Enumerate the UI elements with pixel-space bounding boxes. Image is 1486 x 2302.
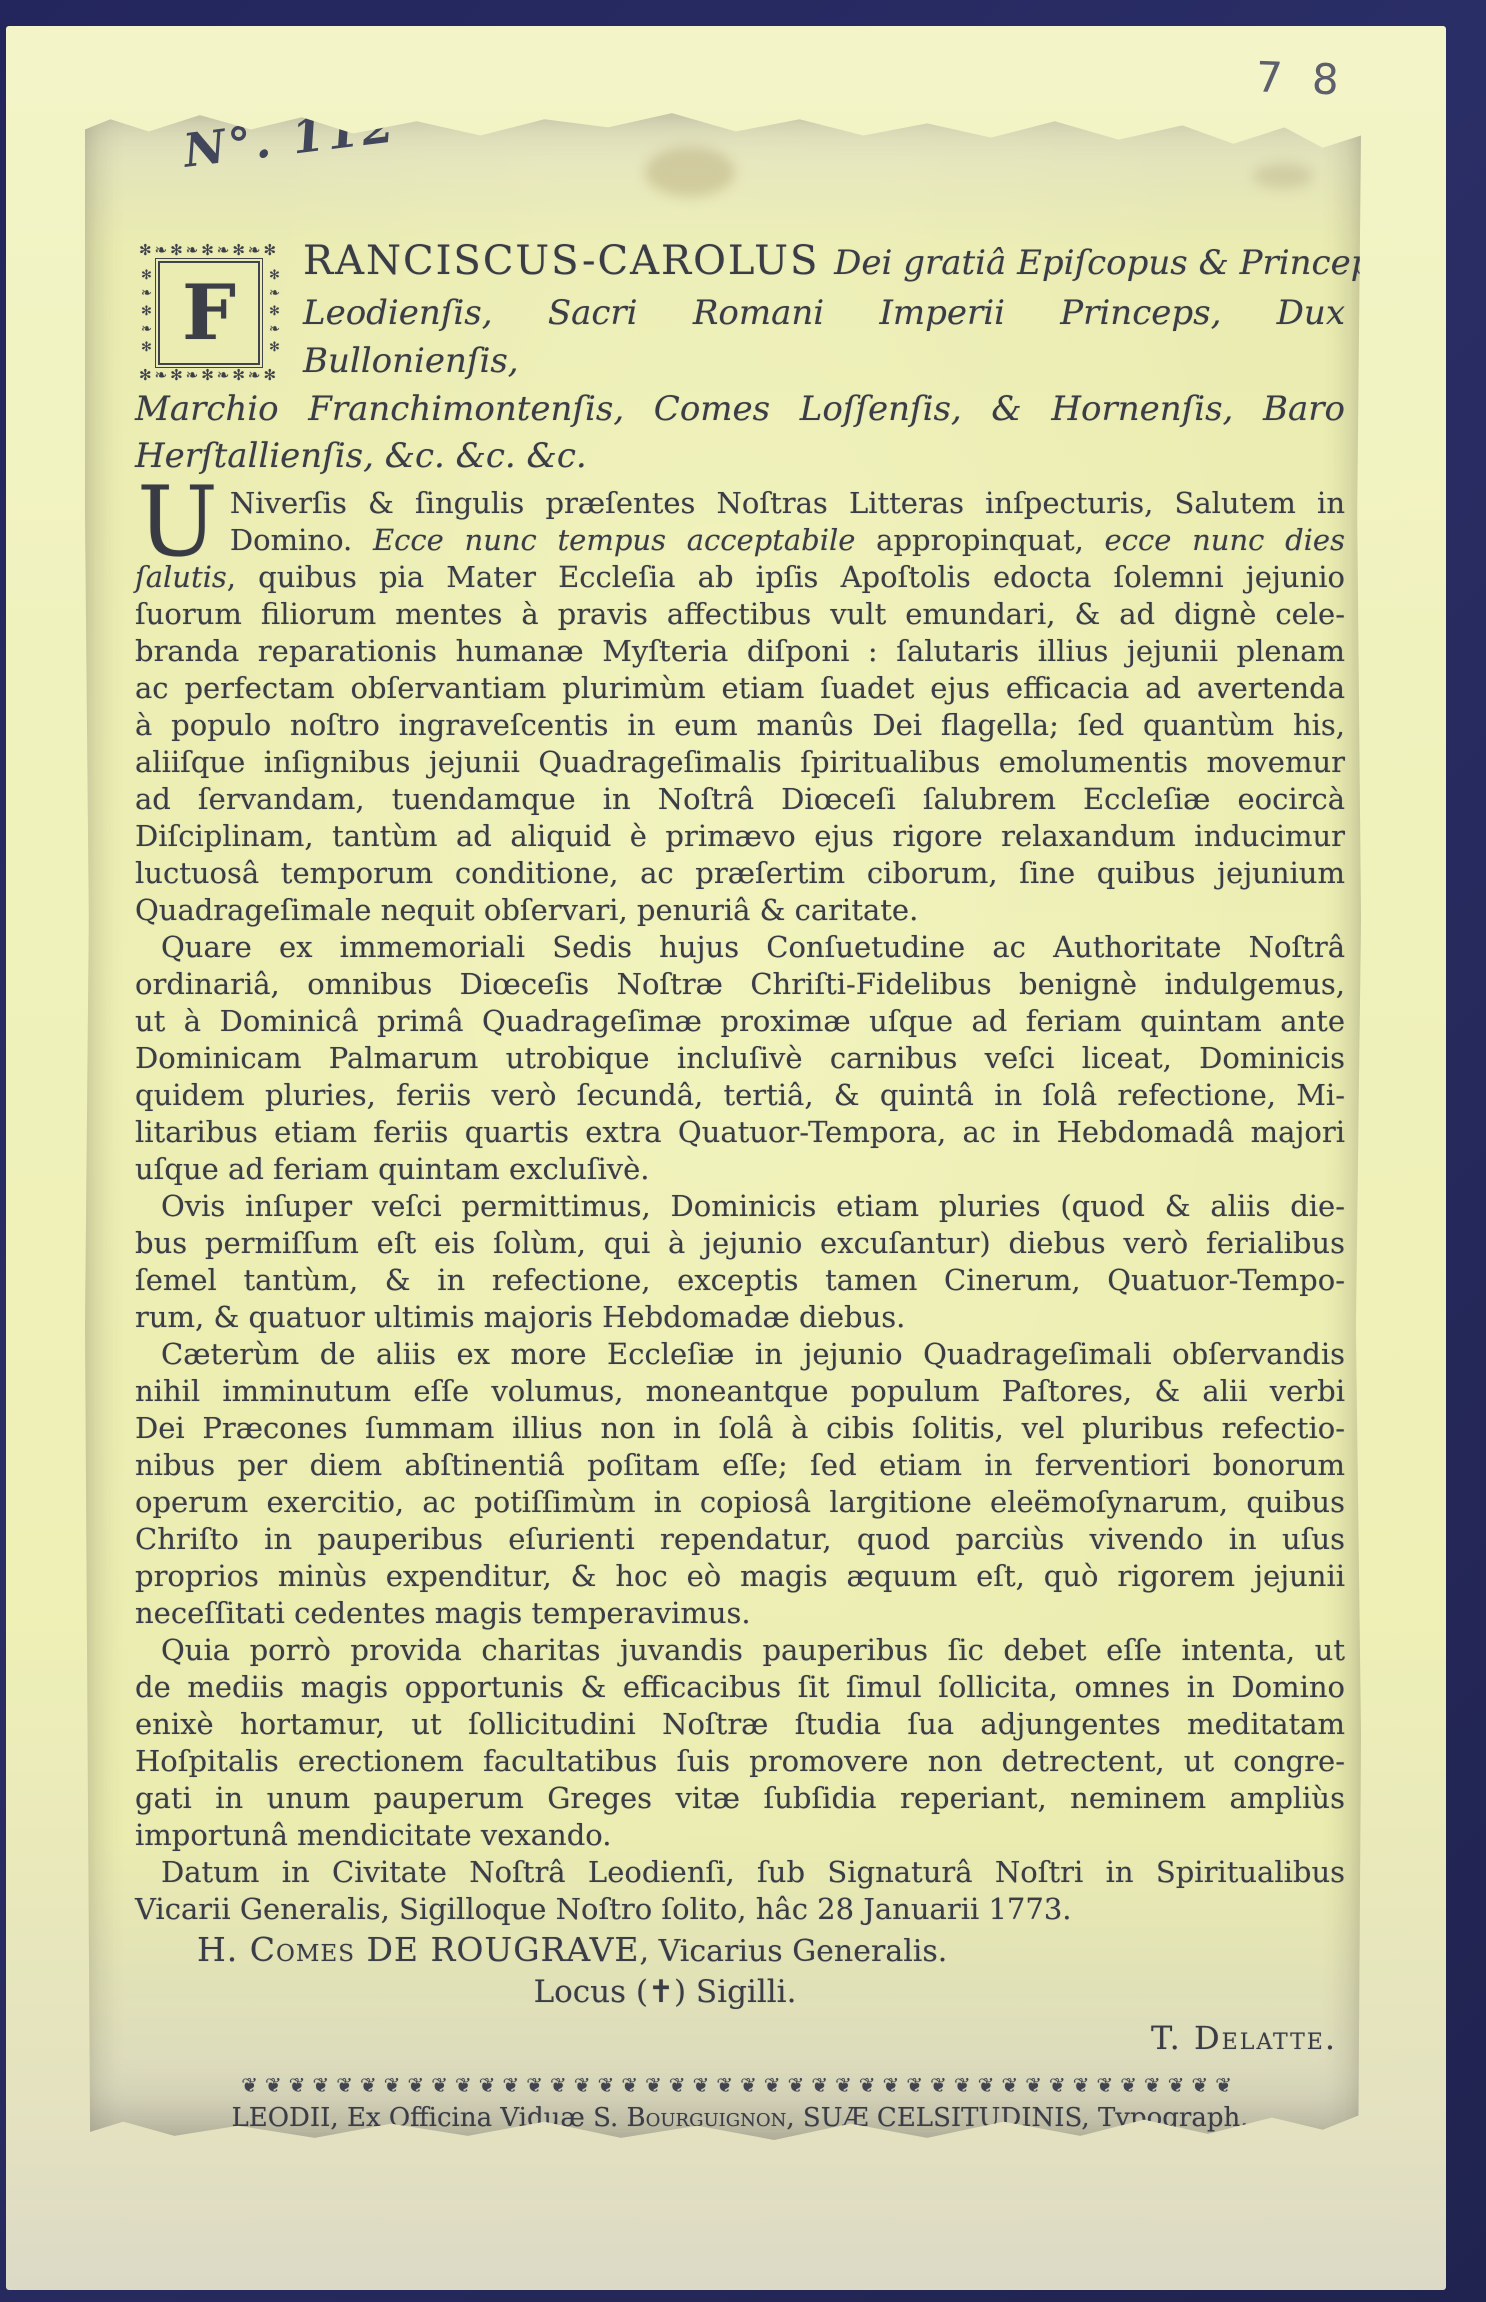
text-line: proprios minùs expenditur, & hoc eò magi… (135, 1558, 1345, 1595)
text-line: Datum in Civitate Noſtrâ Leodienſi, ſub … (135, 1854, 1345, 1891)
text-line: Dei Præcones ſummam illius non in ſolâ à… (135, 1410, 1345, 1447)
imprint-printer-name: Bourguignon (627, 2103, 787, 2133)
text-line: quidem pluries, feriis verò ſecundâ, ter… (135, 1077, 1345, 1114)
text-line: neceſſitati cedentes magis temperavimus. (135, 1595, 1345, 1632)
fleuron-ornament-icon: ✻❧✻❧✻❧✻❧✻ (135, 243, 283, 258)
text-line: Quia porrò provida charitas juvandis pau… (135, 1632, 1345, 1669)
text-line: Dominicam Palmarum utrobique incluſivè c… (135, 1040, 1345, 1077)
document-content: ✻❧✻❧✻❧✻❧✻ ✻❧✻❧✻ F ✻❧✻❧✻ ✻❧✻❧✻❧✻❧✻ RANCIS… (85, 105, 1361, 2138)
handwritten-corner-number: 7 8 (1255, 52, 1347, 104)
text-line: nibus per diem abſtinentiâ poſitam eſſe;… (135, 1447, 1345, 1484)
initial-letter-box: F (158, 261, 260, 365)
text-line: Hoſpitalis erectionem facultatibus ſuis … (135, 1743, 1345, 1780)
drop-cap-U: U (135, 485, 230, 557)
paragraph: Ovis inſuper veſci permittimus, Dominici… (135, 1188, 1345, 1336)
text-line: ac perfectam obſervantiam plurimùm etiam… (135, 670, 1345, 707)
text-line: Niverſis & ſingulis præſentes Noſtras Li… (135, 485, 1345, 522)
text-line: ut à Dominicâ primâ Quadrageſimæ proximæ… (135, 1003, 1345, 1040)
paragraph: Cæterùm de aliis ex more Eccleſiæ in jej… (135, 1336, 1345, 1632)
fleuron-ornament-icon: ✻❧✻❧✻ (263, 258, 283, 368)
fleuron-divider-icon: ❦❦❦❦❦❦❦❦❦❦❦❦❦❦❦❦❦❦❦❦❦❦❦❦❦❦❦❦❦❦❦❦❦❦❦❦❦❦❦❦… (135, 2074, 1345, 2096)
text-line: branda reparationis humanæ Myſteria diſp… (135, 633, 1345, 670)
signature-role: , Vicarius Generalis. (640, 1934, 948, 1969)
text-line: luctuosâ temporum conditione, ac præſert… (135, 855, 1345, 892)
drop-initial-F: F (182, 275, 236, 351)
text-line: ordinariâ, omnibus Diœceſis Noſtræ Chriſ… (135, 966, 1345, 1003)
decorated-initial-frame: ✻❧✻❧✻❧✻❧✻ ✻❧✻❧✻ F ✻❧✻❧✻ ✻❧✻❧✻❧✻❧✻ (135, 243, 283, 383)
fleuron-ornament-icon: ✻❧✻❧✻❧✻❧✻ (135, 368, 283, 383)
text-line: aliiſque inſignibus jejunii Quadrageſima… (135, 744, 1345, 781)
text-line: enixè hortamur, ut ſollicitudini Noſtræ … (135, 1706, 1345, 1743)
text-line: Quadrageſimale nequit obſervari, penuriâ… (135, 892, 1345, 929)
header-title-line: Marchio Franchimontenſis, Comes Loſſenſi… (135, 385, 1345, 433)
header-title-line: Herſtallienſis, &c. &c. &c. (135, 433, 1345, 479)
text-line: gati in unum pauperum Greges vitæ ſubſid… (135, 1780, 1345, 1817)
text-line: Quare ex immemoriali Sedis hujus Conſuet… (135, 929, 1345, 966)
paragraph: Quare ex immemoriali Sedis hujus Conſuet… (135, 929, 1345, 1188)
countersignature: T. Delatte. (135, 2016, 1345, 2060)
paragraph: Quia porrò provida charitas juvandis pau… (135, 1632, 1345, 1854)
paragraph: Datum in Civitate Noſtrâ Leodienſi, ſub … (135, 1854, 1345, 1928)
printer-imprint: LEODII, Ex Officina Viduæ S. Bourguignon… (135, 2098, 1345, 2138)
text-line: operum exercitio, ac potiſſimùm in copio… (135, 1484, 1345, 1521)
text-line: ſuorum filiorum mentes à pravis affectib… (135, 596, 1345, 633)
text-line: bus permiſſum eſt eis ſolùm, qui à jejun… (135, 1225, 1345, 1262)
header-title-line: RANCISCUS-CAROLUS Dei gratiâ Epiſcopus &… (135, 235, 1345, 289)
text-line: litaribus etiam feriis quartis extra Qua… (135, 1114, 1345, 1151)
text-line: Cæterùm de aliis ex more Eccleſiæ in jej… (135, 1336, 1345, 1373)
text-line: Diſciplinam, tantùm ad aliquid è primævo… (135, 818, 1345, 855)
locus-sigilli-line: Locus (✝) Sigilli. (135, 1972, 1345, 2012)
document-page: N°. 112 ✻❧✻❧✻❧✻❧✻ ✻❧✻❧✻ F ✻❧✻❧✻ ✻❧✻❧✻❧✻❧… (85, 105, 1361, 2142)
imprint-title: , SUÆ CELSITUDINIS, Typograph. (786, 2103, 1248, 2133)
text-line: Ovis inſuper veſci permittimus, Dominici… (135, 1188, 1345, 1225)
paragraph: U Niverſis & ſingulis præſentes Noſtras … (135, 485, 1345, 929)
text-line: ad ſervandam, tuendamque in Noſtrâ Diœce… (135, 781, 1345, 818)
text-line: nihil imminutum eſſe volumus, moneantque… (135, 1373, 1345, 1410)
scan-background: 7 8 N°. 112 ✻❧✻❧✻❧✻❧✻ ✻❧✻❧✻ F ✻❧✻❧✻ (0, 0, 1486, 2302)
signature-line: H. Comes DE ROUGRAVE, Vicarius Generalis… (135, 1930, 1345, 1972)
text-line: rum, & quatuor ultimis majoris Hebdomadæ… (135, 1299, 1345, 1336)
prince-style: Dei gratiâ Epiſcopus & Princeps (834, 243, 1390, 283)
text-line: ſemel tantùm, & in refectione, exceptis … (135, 1262, 1345, 1299)
text-line: de mediis magis opportunis & efficacibus… (135, 1669, 1345, 1706)
header-title-line: Leodienſis, Sacri Romani Imperii Princep… (135, 289, 1345, 385)
text-line: Chriſto in pauperibus eſurienti rependat… (135, 1521, 1345, 1558)
fleuron-ornament-icon: ✻❧✻❧✻ (135, 258, 155, 368)
signature-name: H. Comes DE ROUGRAVE (197, 1930, 640, 1969)
mat-board: 7 8 N°. 112 ✻❧✻❧✻❧✻❧✻ ✻❧✻❧✻ F ✻❧✻❧✻ (6, 26, 1446, 2290)
text-line: Vicarii Generalis, Sigilloque Noſtro ſol… (135, 1891, 1345, 1928)
text-line: uſque ad feriam quintam excluſivè. (135, 1151, 1345, 1188)
text-line: ſalutis, quibus pia Mater Eccleſia ab ip… (135, 559, 1345, 596)
paper-stain (1480, 270, 1486, 345)
imprint-city: LEODII, Ex Officina Viduæ S. (231, 2103, 626, 2133)
document-header: ✻❧✻❧✻❧✻❧✻ ✻❧✻❧✻ F ✻❧✻❧✻ ✻❧✻❧✻❧✻❧✻ RANCIS… (135, 235, 1345, 479)
text-line: Domino. Ecce nunc tempus acceptabile app… (135, 522, 1345, 559)
text-line: à populo noſtro ingraveſcentis in eum ma… (135, 707, 1345, 744)
text-line: importunâ mendicitate vexando. (135, 1817, 1345, 1854)
prince-name: RANCISCUS-CAROLUS (303, 238, 834, 284)
